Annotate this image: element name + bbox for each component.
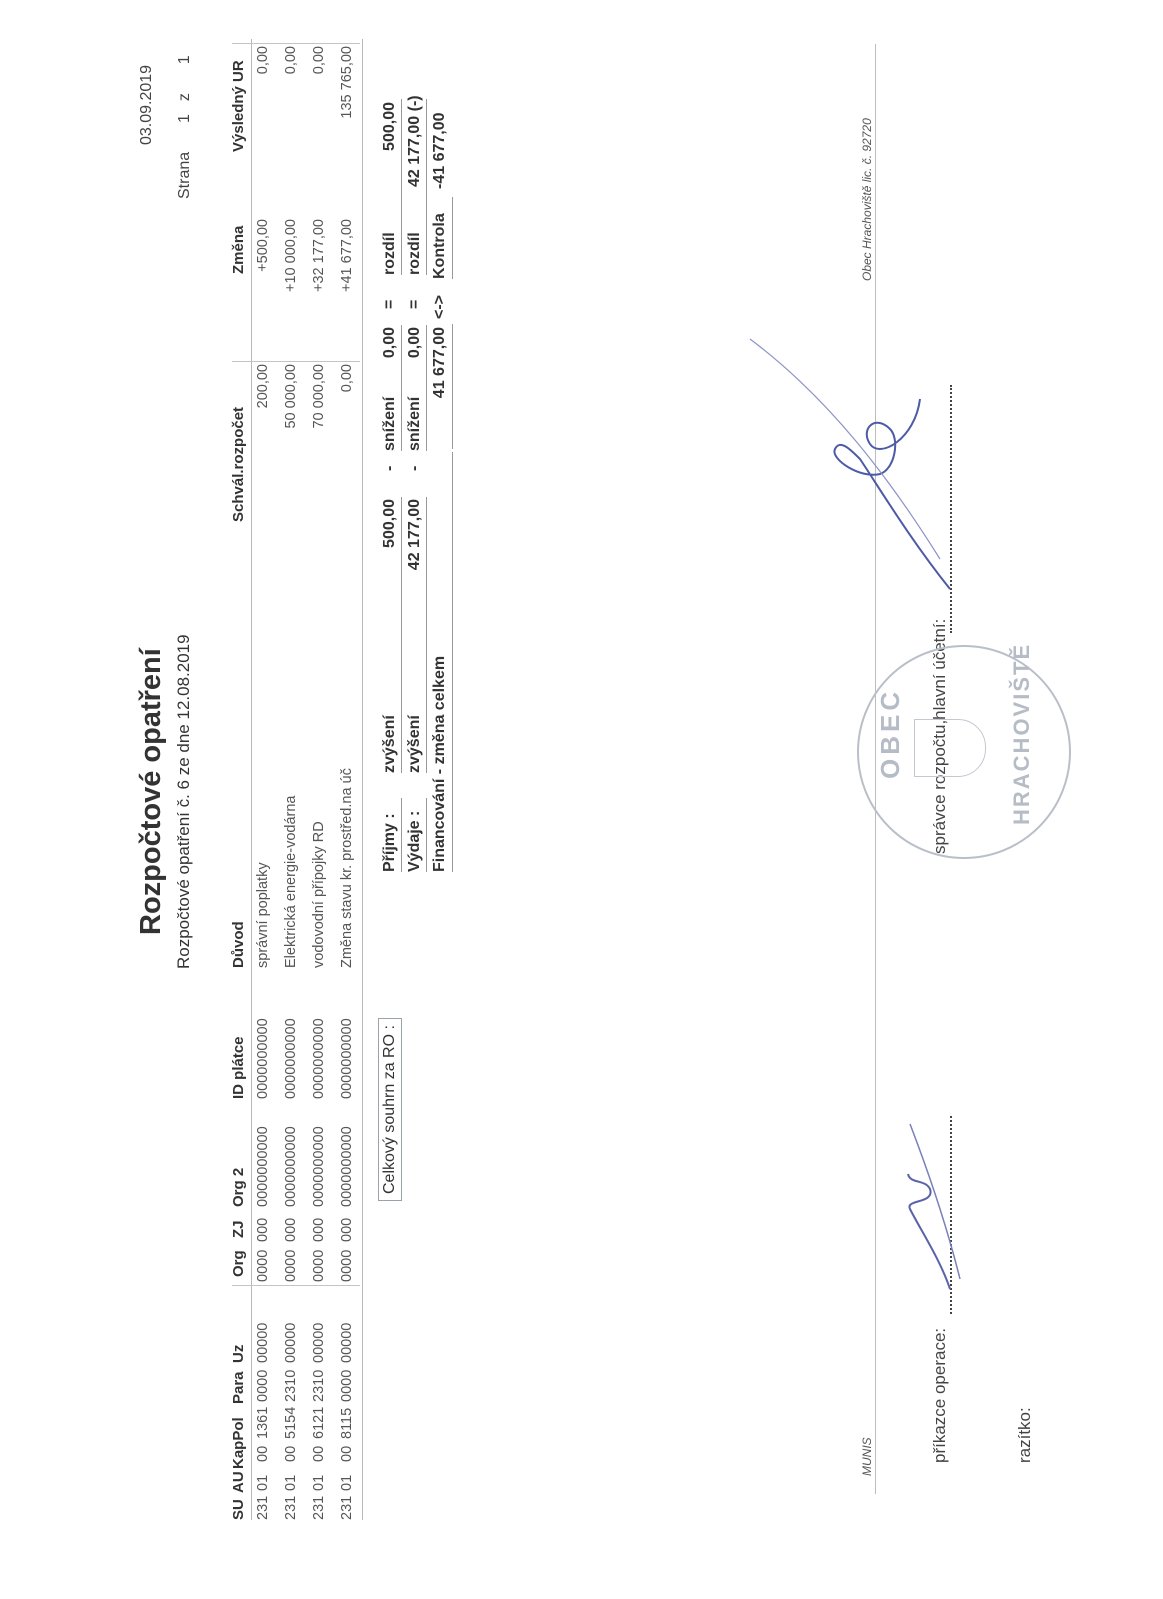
cell-duvod: vodovodní přípojky RD xyxy=(311,821,327,968)
prijmy-zvyseni: 500,00 xyxy=(381,499,399,619)
financovani-arrow: <-> xyxy=(431,295,449,319)
cell-id-platce: 0000000000 xyxy=(311,1018,327,1099)
kontrola-label: Kontrola xyxy=(431,213,449,279)
cell-au: 01 xyxy=(283,1475,299,1491)
underline xyxy=(401,497,402,773)
cell-pol: 6121 xyxy=(311,1407,327,1439)
software-name: MUNIS xyxy=(860,1437,874,1476)
table-column-divider xyxy=(232,1285,360,1286)
cell-org2: 0000000000 xyxy=(255,1126,271,1207)
cell-org2: 0000000000 xyxy=(311,1126,327,1207)
page-indicator: Strana 1 z 1 xyxy=(176,55,194,199)
signature-prikazce-icon xyxy=(880,1099,970,1299)
prijmy-rozdil-label: rozdíl xyxy=(381,232,399,275)
underline xyxy=(426,325,427,451)
cell-au: 01 xyxy=(339,1475,355,1491)
prijmy-snizeni: 0,00 xyxy=(381,327,399,399)
page-current: 1 xyxy=(176,114,193,123)
cell-zj: 000 xyxy=(283,1218,299,1242)
col-org: Org xyxy=(230,1250,247,1277)
cell-vysledny: 135 765,00 xyxy=(339,46,355,199)
cell-org: 0000 xyxy=(311,1250,327,1282)
underline xyxy=(401,798,402,872)
cell-schval: 50 000,00 xyxy=(283,364,299,499)
vydaje-zvyseni: 42 177,00 xyxy=(406,499,424,619)
underline xyxy=(401,99,402,275)
prijmy-zvyseni-label: zvýšení xyxy=(381,715,399,773)
cell-su: 231 xyxy=(339,1496,355,1520)
col-zj: ZJ xyxy=(230,1220,247,1238)
document-subtitle: Rozpočtové opatření č. 6 ze dne 12.08.20… xyxy=(174,634,194,969)
vydaje-snizeni: 0,00 xyxy=(406,327,424,399)
col-zmena: Změna xyxy=(230,226,247,274)
col-id-platce: ID plátce xyxy=(230,1036,247,1099)
prijmy-rozdil: 500,00 xyxy=(381,102,399,199)
stamp-bottom-text: HRACHOVIŠTĚ xyxy=(1009,643,1035,825)
cell-schval: 70 000,00 xyxy=(311,364,327,499)
prijmy-label: Příjmy : xyxy=(381,813,399,872)
vydaje-label: Výdaje : xyxy=(406,811,424,872)
cell-vysledny: 0,00 xyxy=(311,46,327,199)
cell-uz: 00000 xyxy=(339,1323,355,1363)
col-duvod: Důvod xyxy=(230,921,247,968)
cell-kap: 00 xyxy=(339,1446,355,1462)
cell-id-platce: 0000000000 xyxy=(339,1018,355,1099)
table-column-divider xyxy=(232,43,360,44)
col-kappol: KapPol xyxy=(230,1417,247,1469)
vydaje-eq: = xyxy=(406,300,424,309)
stamp-top-text: OBEC xyxy=(875,688,906,779)
cell-uz: 00000 xyxy=(311,1323,327,1363)
razitko-label: razítko: xyxy=(1015,1407,1035,1463)
cell-pol: 1361 xyxy=(255,1407,271,1439)
signature-spravce-icon xyxy=(740,329,960,599)
col-schval-rozpocet: Schvál.rozpočet xyxy=(230,407,247,522)
table-bottom-divider xyxy=(362,39,363,1520)
cell-uz: 00000 xyxy=(283,1323,299,1363)
cell-para: 0000 xyxy=(255,1370,271,1402)
financovani-value: 41 677,00 xyxy=(431,327,449,449)
cell-su: 231 xyxy=(283,1496,299,1520)
cell-id-platce: 0000000000 xyxy=(283,1018,299,1099)
cell-su: 231 xyxy=(255,1496,271,1520)
document-title: Rozpočtové opatření xyxy=(135,648,168,935)
cell-zmena: +500,00 xyxy=(255,219,271,359)
cell-vysledny: 0,00 xyxy=(255,46,271,199)
cell-zj: 000 xyxy=(255,1218,271,1242)
cell-au: 01 xyxy=(255,1475,271,1491)
underline xyxy=(426,99,427,275)
summary-label: Celkový souhrn za RO : xyxy=(378,1018,402,1201)
cell-su: 231 xyxy=(311,1496,327,1520)
cell-org2: 0000000000 xyxy=(283,1126,299,1207)
underline xyxy=(401,325,402,451)
cell-pol: 8115 xyxy=(339,1408,355,1439)
cell-duvod: Změna stavu kr. prostřed.na úč xyxy=(339,768,355,968)
table-header-divider xyxy=(251,39,252,1520)
cell-id-platce: 0000000000 xyxy=(255,1018,271,1099)
col-au: AU xyxy=(230,1471,247,1493)
col-org2: Org 2 xyxy=(230,1168,247,1207)
cell-uz: 00000 xyxy=(255,1323,271,1363)
cell-org: 0000 xyxy=(255,1250,271,1282)
coat-of-arms-icon xyxy=(914,719,986,777)
cell-schval: 200,00 xyxy=(255,364,271,499)
vydaje-minus: - xyxy=(406,466,424,471)
underline xyxy=(452,197,453,279)
cell-duvod: správní poplatky xyxy=(255,862,271,968)
cell-zj: 000 xyxy=(311,1218,327,1242)
page-of: z xyxy=(176,93,193,101)
underline xyxy=(452,452,453,872)
col-su: SU xyxy=(230,1499,247,1520)
cell-zmena: +10 000,00 xyxy=(283,219,299,359)
underline xyxy=(426,798,427,872)
vydaje-zvyseni-label: zvýšení xyxy=(406,715,424,773)
cell-para: 2310 xyxy=(283,1370,299,1402)
vydaje-snizeni-label: snížení xyxy=(406,397,424,451)
print-date: 03.09.2019 xyxy=(138,65,156,145)
stamp: OBEC HRACHOVIŠTĚ xyxy=(857,645,1071,859)
cell-au: 01 xyxy=(311,1475,327,1491)
cell-org2: 0000000000 xyxy=(339,1126,355,1207)
cell-kap: 00 xyxy=(311,1446,327,1462)
prikazce-label: příkazce operace: xyxy=(930,1328,950,1463)
prijmy-minus: - xyxy=(381,466,399,471)
cell-schval: 0,00 xyxy=(339,364,355,499)
document-page: Rozpočtové opatření Rozpočtové opatření … xyxy=(0,0,1163,1599)
cell-vysledny: 0,00 xyxy=(283,46,299,199)
cell-kap: 00 xyxy=(283,1446,299,1462)
page-total: 1 xyxy=(176,55,193,64)
cell-pol: 5154 xyxy=(283,1407,299,1439)
cell-para: 2310 xyxy=(311,1370,327,1402)
prijmy-eq: = xyxy=(381,300,399,309)
cell-org: 0000 xyxy=(283,1250,299,1282)
underline xyxy=(426,497,427,773)
table-column-divider xyxy=(232,361,360,362)
cell-zmena: +41 677,00 xyxy=(339,219,355,359)
vydaje-rozdil: 42 177,00 (-) xyxy=(406,95,424,187)
col-vysledny-ur: Výsledný UR xyxy=(230,60,247,152)
financovani-label: Financování - změna celkem xyxy=(431,656,449,872)
prijmy-snizeni-label: snížení xyxy=(381,397,399,451)
cell-org: 0000 xyxy=(339,1250,355,1282)
kontrola-value: -41 677,00 xyxy=(431,112,449,189)
page-label: Strana xyxy=(176,152,193,199)
license-text: Obec Hrachoviště lic. č. 92720 xyxy=(860,118,874,281)
cell-zj: 000 xyxy=(339,1218,355,1242)
col-uz: Uz xyxy=(230,1345,247,1363)
cell-kap: 00 xyxy=(255,1446,271,1462)
col-para: Para xyxy=(230,1371,247,1404)
cell-duvod: Elektrická energie-vodárna xyxy=(283,796,299,968)
cell-zmena: +32 177,00 xyxy=(311,219,327,359)
vydaje-rozdil-label: rozdíl xyxy=(406,232,424,275)
underline xyxy=(452,324,453,449)
cell-para: 0000 xyxy=(339,1370,355,1402)
